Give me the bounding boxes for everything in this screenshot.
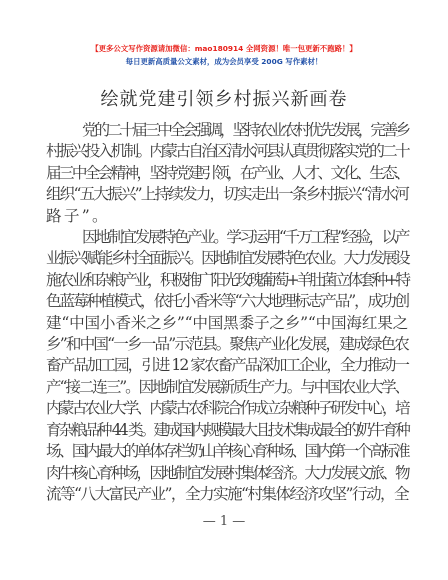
text-line: 色蓝莓种植模式，依托小香米等“六大地理标志产品”，成功创 — [46, 291, 408, 312]
text-line: 组织“五大振兴”上持续发力，切实走出一条乡村振兴“清水河 — [46, 184, 408, 205]
page-number: — 1 — — [0, 513, 448, 531]
text-line: 育杂粮品种 44 类。建成国内规模最大且技术集成最全的奶牛育种 — [46, 420, 408, 441]
promo-banner-line-1: 【更多公文写作资源请加微信：mao180914 全网资源！唯一包更新不跑路！】 — [0, 44, 448, 54]
text-line: 施农业和杂粮产业，积极推广阳光玫瑰葡萄+羊肚菌立体套种+特 — [46, 270, 408, 291]
text-line: 业振兴赋能乡村全面振兴。因地制宜发展特色农业。大力发展设 — [46, 248, 408, 269]
text-line: 场、国内最大的单体存栏奶山羊核心育种场、国内第一个高标准 — [46, 441, 408, 462]
text-line: 届三中全会精神，坚持党建引领，在产业、人才、文化、生态、 — [46, 163, 408, 184]
text-line: 因地制宜发展特色产业。学习运用“千万工程”经验，以产 — [46, 227, 408, 248]
text-line: 内蒙古农业大学、内蒙古农科院合作成立杂粮种子研发中心，培 — [46, 398, 408, 419]
document-body: 党的二十届三中全会强调，坚持农业农村优先发展，完善乡 村振兴投入机制。内蒙古自治… — [46, 120, 408, 505]
text-line: 畜产品加工园，引进 12 家农畜产品深加工企业，全力推动一 — [46, 355, 408, 376]
text-line: 党的二十届三中全会强调，坚持农业农村优先发展，完善乡 — [46, 120, 408, 141]
document-title: 绘就党建引领乡村振兴新画卷 — [0, 88, 448, 112]
document-page: 【更多公文写作资源请加微信：mao180914 全网资源！唯一包更新不跑路！】 … — [0, 0, 448, 580]
text-line: 肉牛核心育种场，因地制宜发展村集体经济。大力发展文旅、物 — [46, 463, 408, 484]
text-line: 产“接二连三”。因地制宜发展新质生产力。与中国农业大学、 — [46, 377, 408, 398]
text-line: 村振兴投入机制。内蒙古自治区清水河县认真贯彻落实党的二十 — [46, 141, 408, 162]
text-line: 路子”。 — [46, 206, 408, 227]
promo-banner-line-2: 每日更新高质量公文素材，成为会员享受 200G 写作素材！ — [0, 57, 448, 67]
paragraph-1: 党的二十届三中全会强调，坚持农业农村优先发展，完善乡 村振兴投入机制。内蒙古自治… — [46, 120, 408, 227]
text-line: 流等“八大富民产业”，全力实施“村集体经济攻坚”行动，全 — [46, 484, 408, 505]
text-line: 乡”和中国“一乡一品”示范县。聚焦产业化发展，建成绿色农 — [46, 334, 408, 355]
text-line: 建“中国小香米之乡”“中国黑黍子之乡”“中国海红果之 — [46, 313, 408, 334]
paragraph-2: 因地制宜发展特色产业。学习运用“千万工程”经验，以产 业振兴赋能乡村全面振兴。因… — [46, 227, 408, 505]
